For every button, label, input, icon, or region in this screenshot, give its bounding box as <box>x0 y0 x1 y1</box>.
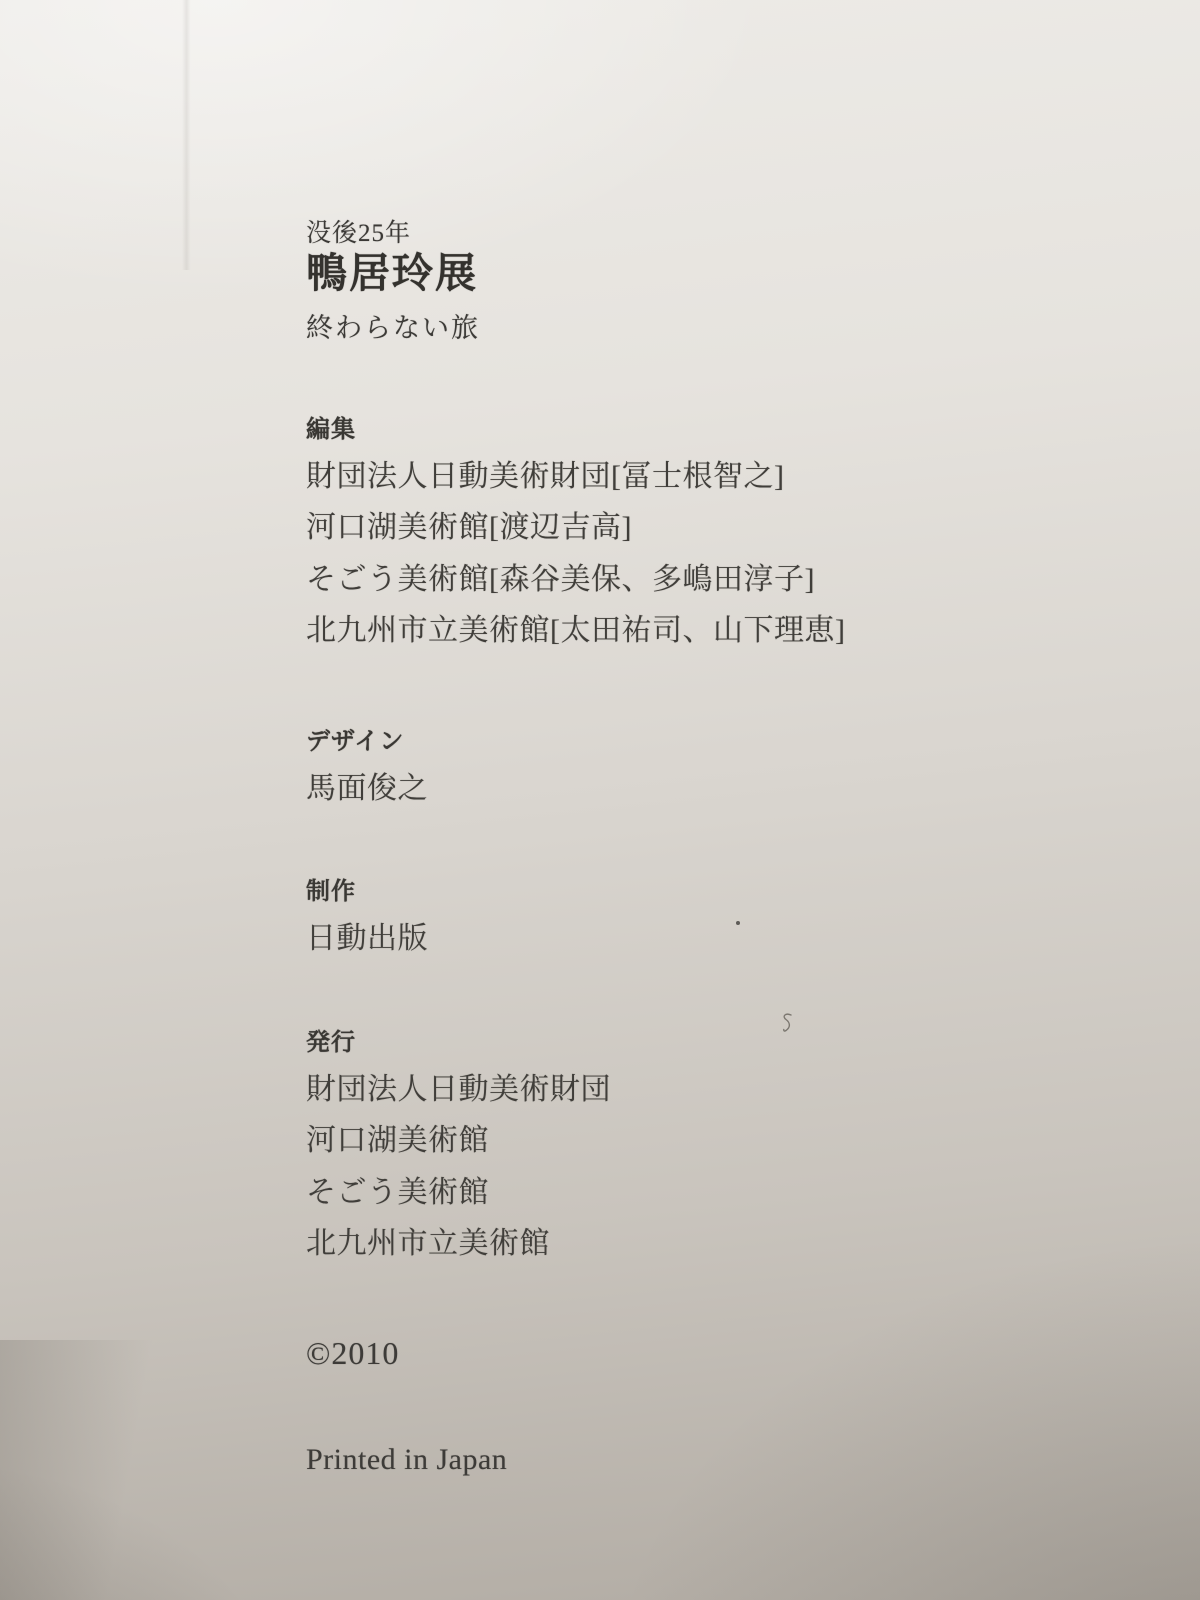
book-colophon-page-photo: 没後25年 鴨居玲展 終わらない旅 編集 財団法人日動美術財団[冨士根智之] 河… <box>0 0 1200 1600</box>
printed-in-japan-line: Printed in Japan <box>306 1443 507 1477</box>
production-credit-line: 日動出版 <box>306 923 428 955</box>
section-production: 制作 日動出版 <box>306 880 428 955</box>
section-publisher: 発行 財団法人日動美術財団 河口湖美術館 そごう美術館 北九州市立美術館 <box>306 1031 611 1261</box>
section-production-label: 制作 <box>306 880 428 904</box>
publisher-line: 北九州市立美術館 <box>306 1228 611 1260</box>
publisher-line: 河口湖美術館 <box>306 1125 611 1157</box>
editing-credit-line: 河口湖美術館[渡辺吉高] <box>306 512 845 544</box>
pencil-squiggle-mark <box>780 1012 796 1036</box>
editing-credit-line: 北九州市立美術館[太田祐司、山下理恵] <box>306 615 845 647</box>
editing-credit-line: そごう美術館[森谷美保、多嶋田淳子] <box>306 564 845 596</box>
section-design: デザイン 馬面俊之 <box>306 730 428 805</box>
section-design-label: デザイン <box>306 730 428 754</box>
section-publisher-label: 発行 <box>306 1031 611 1055</box>
design-credit-line: 馬面俊之 <box>306 773 428 805</box>
exhibition-title: 鴨居玲展 <box>306 249 478 298</box>
section-editing-label: 編集 <box>306 418 845 442</box>
bottom-left-page-shade <box>0 1340 190 1600</box>
page-crease-shadow <box>182 0 192 270</box>
copyright-line: ©2010 <box>306 1335 399 1372</box>
ink-speck <box>736 921 740 925</box>
editing-credit-line: 財団法人日動美術財団[冨士根智之] <box>306 461 845 493</box>
section-editing: 編集 財団法人日動美術財団[冨士根智之] 河口湖美術館[渡辺吉高] そごう美術館… <box>306 418 845 648</box>
exhibition-era-line: 没後25年 <box>306 220 411 248</box>
exhibition-subtitle: 終わらない旅 <box>306 313 480 344</box>
publisher-line: 財団法人日動美術財団 <box>306 1074 611 1106</box>
publisher-line: そごう美術館 <box>306 1177 611 1209</box>
